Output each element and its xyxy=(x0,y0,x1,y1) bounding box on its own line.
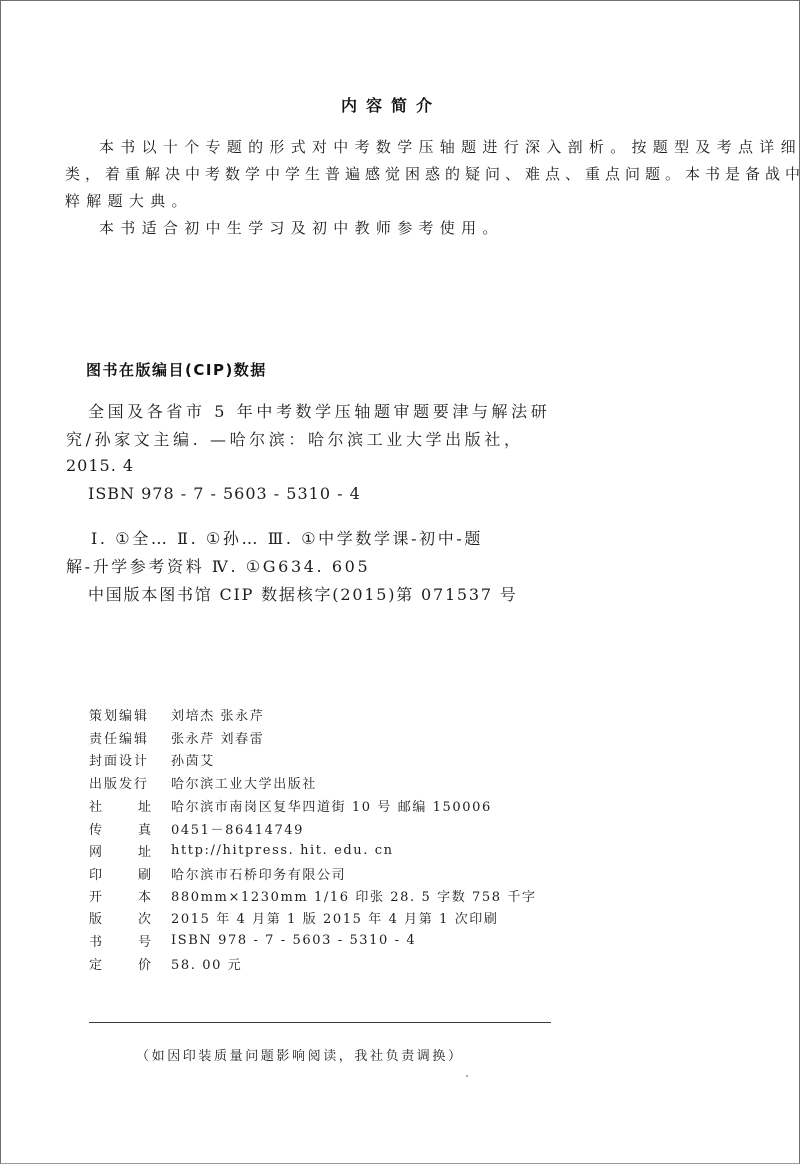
copyright-page: 内容简介 本书以十个专题的形式对中考数学压轴题进行深入剖析。按题型及考点详细归纳… xyxy=(0,0,800,1164)
detail-label-char: 真 xyxy=(138,819,151,838)
detail-label-char: 社 xyxy=(89,796,102,815)
cip-line: ISBN 978 - 7 - 5603 - 5310 - 4 xyxy=(88,484,361,503)
detail-label-char: 址 xyxy=(138,841,151,860)
cip-line: 究/孙家文主编. —哈尔滨：哈尔滨工业大学出版社， xyxy=(66,427,524,450)
detail-row-format: 开 本 880mm×1230mm 1/16 印张 28. 5 字数 758 千字 xyxy=(89,885,537,905)
detail-value: 哈尔滨市南岗区复华四道街 10 号 邮编 150006 xyxy=(171,796,492,815)
detail-label-char: 址 xyxy=(138,796,151,815)
detail-label-char: 本 xyxy=(138,886,151,905)
detail-value: 张永芹 刘春雷 xyxy=(171,728,264,747)
detail-row-cover-design: 封面设计 孙茵艾 xyxy=(89,749,215,769)
detail-label: 印 刷 xyxy=(89,864,151,883)
detail-row-isbn: 书 号 ISBN 978 - 7 - 5603 - 5310 - 4 xyxy=(89,930,416,950)
detail-label-char: 次 xyxy=(138,908,151,927)
intro-paragraph-line: 本书适合初中生学习及初中教师参考使用。 xyxy=(99,217,504,238)
detail-value: 哈尔滨市石桥印务有限公司 xyxy=(171,864,346,883)
detail-row-price: 定 价 58. 00 元 xyxy=(89,953,242,973)
detail-label: 传 真 xyxy=(89,819,151,838)
detail-row-planning-editor: 策划编辑 刘培杰 张永芹 xyxy=(89,704,264,724)
detail-label-char: 开 xyxy=(89,886,102,905)
scan-speck xyxy=(466,1075,468,1077)
cip-line: 全国及各省市 5 年中考数学压轴题审题要津与解法研 xyxy=(88,399,550,422)
detail-label-char: 印 xyxy=(89,864,102,883)
detail-row-edition: 版 次 2015 年 4 月第 1 版 2015 年 4 月第 1 次印刷 xyxy=(89,907,499,927)
detail-label: 策划编辑 xyxy=(89,705,171,724)
cip-line: 2015. 4 xyxy=(66,456,134,475)
intro-paragraph-line: 粹解题大典。 xyxy=(65,190,193,211)
detail-value: 880mm×1230mm 1/16 印张 28. 5 字数 758 千字 xyxy=(171,886,537,905)
detail-label-char: 传 xyxy=(89,819,102,838)
detail-label: 责任编辑 xyxy=(89,728,171,747)
detail-row-printer: 印 刷 哈尔滨市石桥印务有限公司 xyxy=(89,863,346,883)
detail-label: 出版发行 xyxy=(89,773,171,792)
detail-value: 58. 00 元 xyxy=(171,954,242,973)
detail-value: 0451－86414749 xyxy=(171,819,304,838)
detail-label: 网 址 xyxy=(89,841,151,860)
detail-label-char: 书 xyxy=(89,931,102,950)
detail-label-char: 刷 xyxy=(138,864,151,883)
cip-line: 中国版本图书馆 CIP 数据核字(2015)第 071537 号 xyxy=(88,582,518,605)
detail-row-address: 社 址 哈尔滨市南岗区复华四道街 10 号 邮编 150006 xyxy=(89,795,492,815)
detail-label-char: 定 xyxy=(89,954,102,973)
detail-row-fax: 传 真 0451－86414749 xyxy=(89,818,304,838)
intro-title: 内容简介 xyxy=(341,93,441,116)
detail-label: 定 价 xyxy=(89,954,151,973)
cip-line: 解-升学参考资料 Ⅳ. ①G634. 605 xyxy=(66,554,370,577)
cip-heading: 图书在版编目(CIP)数据 xyxy=(86,359,267,380)
website-link[interactable]: http://hitpress. hit. edu. cn xyxy=(171,843,394,858)
detail-label-char: 价 xyxy=(138,954,151,973)
detail-label: 书 号 xyxy=(89,931,151,950)
detail-label-char: 版 xyxy=(89,908,102,927)
detail-row-responsible-editor: 责任编辑 张永芹 刘春雷 xyxy=(89,727,264,747)
detail-label: 版 次 xyxy=(89,908,151,927)
detail-value: ISBN 978 - 7 - 5603 - 5310 - 4 xyxy=(171,933,416,948)
detail-value: 刘培杰 张永芹 xyxy=(171,705,264,724)
detail-label-char: 号 xyxy=(138,931,151,950)
intro-paragraph-line: 本书以十个专题的形式对中考数学压轴题进行深入剖析。按题型及考点详细归纳分 xyxy=(99,136,800,157)
detail-label: 封面设计 xyxy=(89,750,171,769)
detail-value: 孙茵艾 xyxy=(171,750,215,769)
detail-label: 社 址 xyxy=(89,796,151,815)
detail-row-publisher: 出版发行 哈尔滨工业大学出版社 xyxy=(89,772,317,792)
separator-line xyxy=(89,1022,551,1023)
detail-row-website: 网 址 http://hitpress. hit. edu. cn xyxy=(89,840,394,860)
cip-line: Ⅰ. ①全… Ⅱ. ①孙… Ⅲ. ①中学数学课-初中-题 xyxy=(91,526,483,549)
detail-value: 2015 年 4 月第 1 版 2015 年 4 月第 1 次印刷 xyxy=(171,908,499,927)
intro-paragraph-line: 类，着重解决中考数学中学生普遍感觉困惑的疑问、难点、重点问题。本书是备战中考的精 xyxy=(65,163,800,184)
detail-label: 开 本 xyxy=(89,886,151,905)
detail-label-char: 网 xyxy=(89,841,102,860)
footer-note: （如因印装质量问题影响阅读，我社负责调换） xyxy=(136,1045,464,1064)
detail-value: 哈尔滨工业大学出版社 xyxy=(171,773,317,792)
